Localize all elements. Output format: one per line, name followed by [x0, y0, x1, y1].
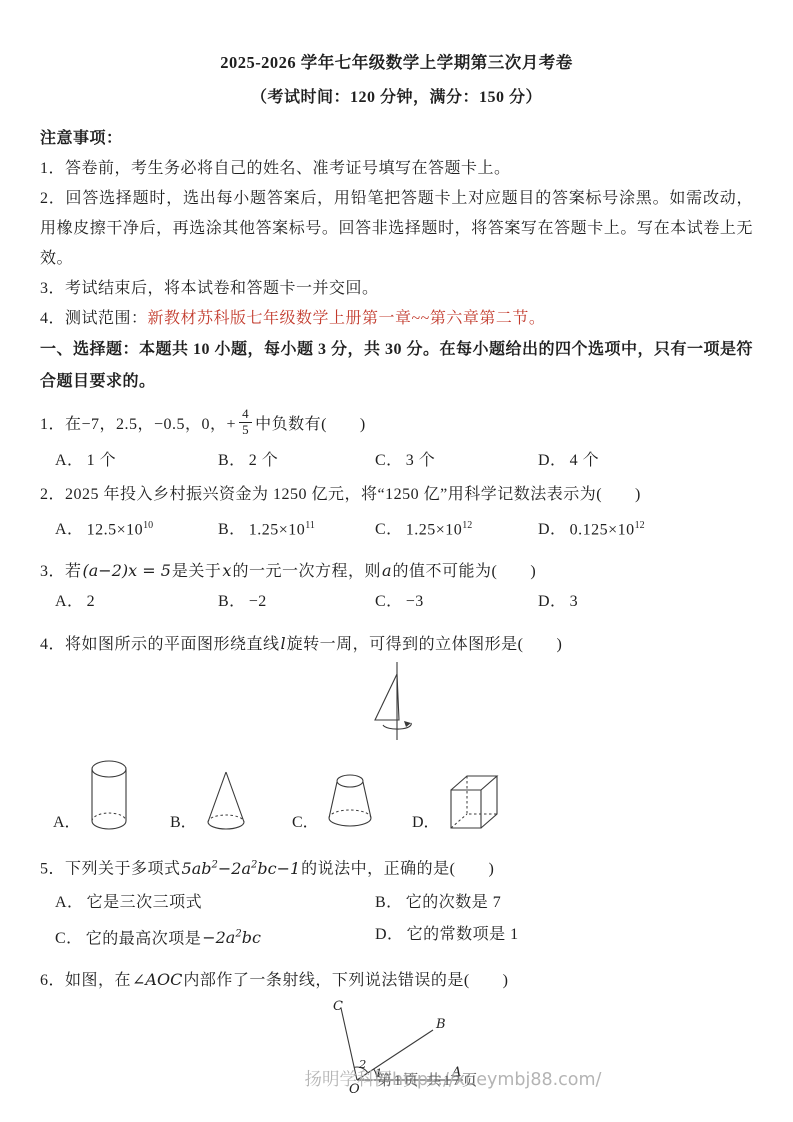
cone-icon: [205, 768, 247, 832]
page-number: 第1页 共17页: [377, 1069, 479, 1090]
point-label-b: B: [435, 1017, 446, 1032]
exam-paper-page: 2025-2026 学年七年级数学上学期第三次月考卷 （考试时间：120 分钟，…: [0, 0, 793, 1122]
q2-option-a: A．12.5×1010: [55, 510, 218, 546]
q2-options: A．12.5×1010 B．1.25×1011 C．1.25×1012 D．0.…: [40, 510, 753, 546]
note-item-2: 2．回答选择题时，选出每小题答案后，用铅笔把答题卡上对应题目的答案标号涂黑。如需…: [40, 184, 753, 274]
q3-option-c: C．−3: [375, 587, 538, 617]
q2-option-c: C．1.25×1012: [375, 510, 538, 546]
question-1: 1．在−7，2.5，−0.5，0，+45中负数有( ) A．1 个 B．2 个 …: [40, 398, 753, 476]
q2-stem: 2．2025 年投入乡村振兴资金为 1250 亿元，将“1250 亿”用科学记数…: [40, 480, 753, 510]
q5-stem: 5．下列关于多项式5ab2−2a2bc−1的说法中，正确的是( ): [40, 848, 753, 886]
q4-stem: 4．将如图所示的平面图形绕直线l旋转一周，可得到的立体图形是( ): [40, 629, 753, 660]
q4-option-c: C．: [292, 772, 412, 832]
notes-section: 注意事项： 1．答卷前，考生务必将自己的姓名、准考证号填写在答题卡上。 2．回答…: [40, 124, 753, 334]
q6-stem: 6．如图，在∠AOC内部作了一条射线，下列说法错误的是( ): [40, 965, 753, 996]
q3-option-d: D．3: [538, 587, 753, 617]
question-5: 5．下列关于多项式5ab2−2a2bc−1的说法中，正确的是( ) A．它是三次…: [40, 848, 753, 955]
q5-polynomial: 5ab2−2a2bc−1: [181, 859, 302, 878]
q2-option-d: D．0.125×1012: [538, 510, 753, 546]
page-footer: 扬明学科网https://xueymbj88.com/ 第1页 共17页: [0, 1062, 793, 1098]
cylinder-icon: [89, 760, 129, 832]
note-item-3: 3．考试结束后，将本试卷和答题卡一并交回。: [40, 274, 753, 304]
q4-option-a: A．: [53, 760, 170, 832]
notes-heading: 注意事项：: [40, 124, 753, 154]
cuboid-icon: [448, 772, 500, 832]
q1-stem-pre: 1．在−7，2.5，−0.5，0，+: [40, 411, 236, 434]
fraction-four-fifths: 45: [239, 407, 252, 438]
q3-option-b: B．−2: [218, 587, 375, 617]
q4-figure: [40, 660, 753, 748]
q1-option-b: B．2 个: [218, 446, 375, 476]
question-3: 3．若(a−2)x = 5是关于x的一元一次方程，则a的值不可能为( ) A．2…: [40, 556, 753, 617]
question-2: 2．2025 年投入乡村振兴资金为 1250 亿元，将“1250 亿”用科学记数…: [40, 480, 753, 546]
q3-equation: (a−2)x = 5: [82, 561, 172, 580]
q1-stem: 1．在−7，2.5，−0.5，0，+45中负数有( ): [40, 398, 753, 446]
q1-options: A．1 个 B．2 个 C．3 个 D．4 个: [40, 446, 753, 476]
point-label-c: C: [333, 999, 343, 1014]
note-item-1: 1．答卷前，考生务必将自己的姓名、准考证号填写在答题卡上。: [40, 154, 753, 184]
fraction-numerator: 4: [239, 407, 252, 423]
q5-option-c: C．它的最高次项是−2a2bc: [55, 919, 375, 955]
fraction-denominator: 5: [242, 423, 249, 438]
frustum-icon: [327, 772, 373, 832]
section1-heading: 一、选择题：本题共 10 小题，每小题 3 分，共 30 分。在每小题给出的四个…: [40, 334, 753, 398]
q2-option-b: B．1.25×1011: [218, 510, 375, 546]
paper-content: 2025-2026 学年七年级数学上学期第三次月考卷 （考试时间：120 分钟，…: [0, 0, 793, 1094]
q1-option-d: D．4 个: [538, 446, 753, 476]
q5-options-row-1: A．它是三次三项式 B．它的次数是 7: [40, 887, 753, 919]
q3-options: A．2 B．−2 C．−3 D．3: [40, 587, 753, 617]
paper-subtitle: （考试时间：120 分钟，满分：150 分）: [40, 87, 753, 109]
paper-title: 2025-2026 学年七年级数学上学期第三次月考卷: [40, 52, 753, 74]
q4-option-d: D．: [412, 772, 753, 832]
test-scope-text: 新教材苏科版七年级数学上册第一章~~第六章第二节。: [148, 310, 546, 327]
q5-option-d: D．它的常数项是 1: [375, 919, 753, 955]
rotation-axis-triangle-figure: [351, 660, 443, 748]
q3-stem: 3．若(a−2)x = 5是关于x的一元一次方程，则a的值不可能为( ): [40, 556, 753, 587]
note-item-4-prefix: 4．测试范围：: [40, 310, 148, 327]
q4-options: A． B．: [40, 750, 753, 832]
q5-option-a: A．它是三次三项式: [55, 887, 375, 919]
q4-option-b: B．: [170, 768, 292, 832]
q1-option-c: C．3 个: [375, 446, 538, 476]
q5-option-b: B．它的次数是 7: [375, 887, 753, 919]
q1-stem-post: 中负数有( ): [255, 411, 366, 434]
note-item-4: 4．测试范围：新教材苏科版七年级数学上册第一章~~第六章第二节。: [40, 304, 753, 334]
q1-option-a: A．1 个: [55, 446, 218, 476]
q5-options-row-2: C．它的最高次项是−2a2bc D．它的常数项是 1: [40, 919, 753, 955]
q3-option-a: A．2: [55, 587, 218, 617]
question-4: 4．将如图所示的平面图形绕直线l旋转一周，可得到的立体图形是( ) A．: [40, 629, 753, 832]
